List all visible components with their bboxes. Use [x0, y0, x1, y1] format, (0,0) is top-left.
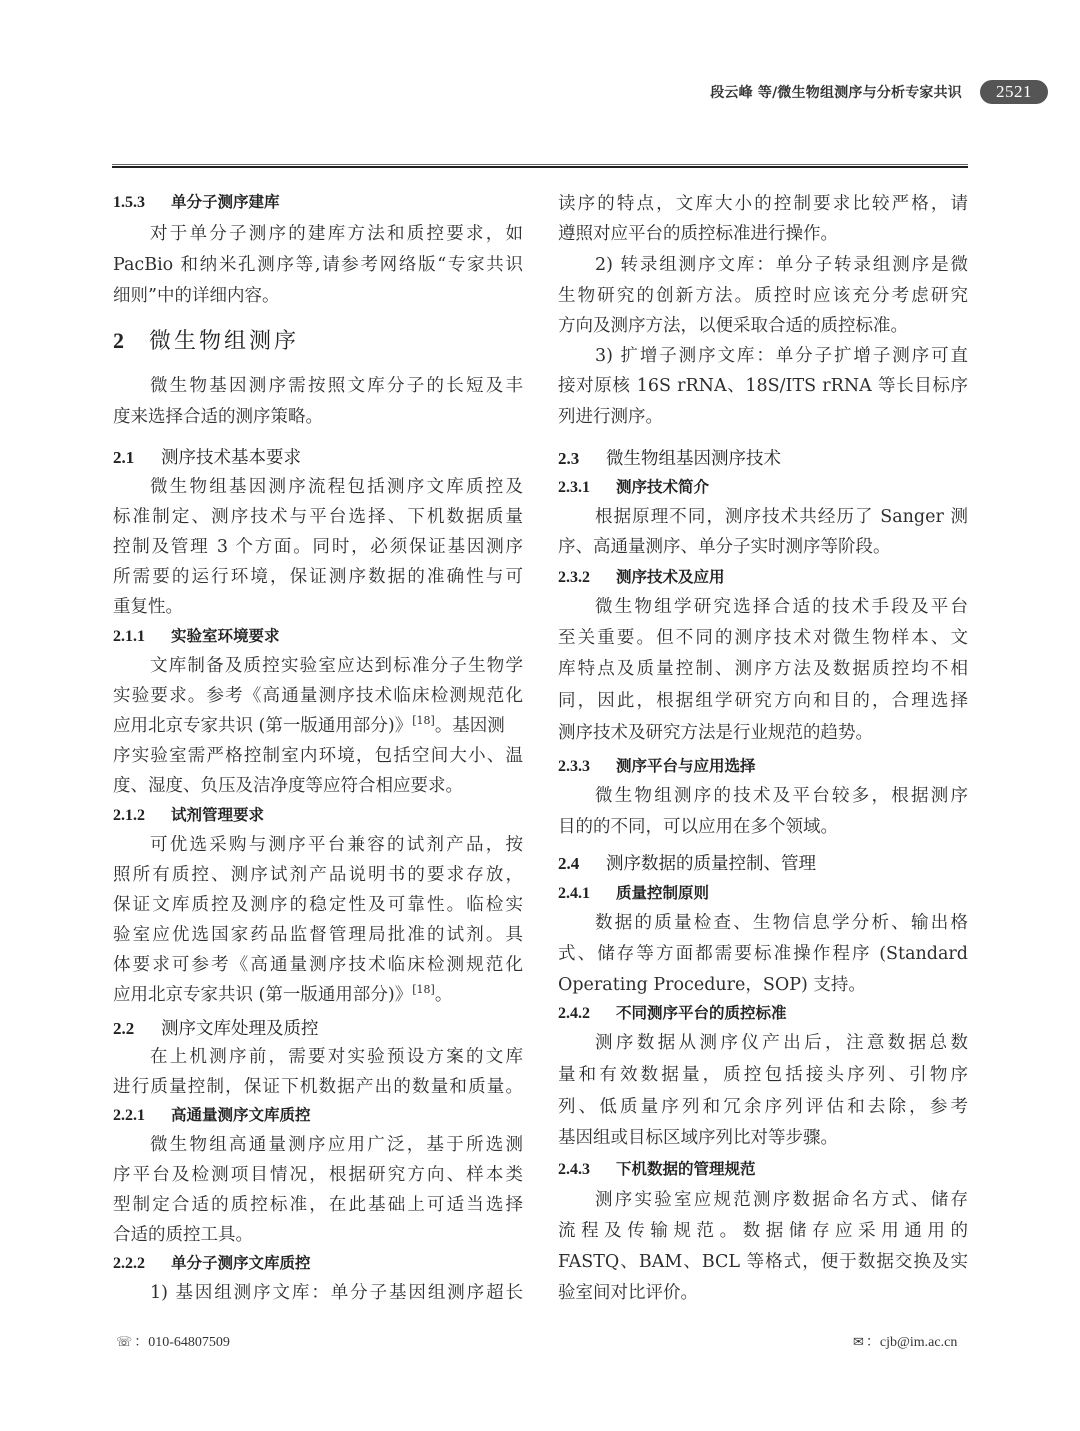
phone-number: ：010-64807509	[134, 1335, 230, 1350]
paragraph-line: 可优选采购与测序平台兼容的试剂产品，按	[150, 834, 523, 856]
paragraph-line: 体要求可参考《高通量测序技术临床检测规范化	[113, 954, 523, 976]
paragraph-line: FASTQ、BAM、BCL 等格式，便于数据交换及实	[558, 1251, 968, 1273]
paragraph-line: 目的的不同，可以应用在多个领域。	[558, 816, 838, 838]
paragraph-line: 列进行测序。	[558, 406, 663, 428]
section-heading-2-1-1: 2.1.1实验室环境要求	[113, 625, 280, 648]
paragraph-line: 列、低质量序列和冗余序列评估和去除，参考	[558, 1096, 968, 1118]
paragraph-line: 所需要的运行环境，保证测序数据的准确性与可	[113, 566, 523, 588]
paragraph-line: PacBio 和纳米孔测序等,请参考网络版“专家共识	[113, 254, 523, 276]
paragraph-line: 保证文库质控及测序的稳定性及可靠性。临检实	[113, 894, 523, 916]
envelope-icon: ✉	[853, 1334, 864, 1350]
paragraph-line: 式、储存等方面都需要标准操作程序 (Standard	[558, 943, 968, 965]
section-heading-2: 2微生物组测序	[113, 327, 299, 356]
paragraph-line: 基因组或目标区域序列比对等步骤。	[558, 1127, 838, 1149]
paragraph-line: 序平台及检测项目情况，根据研究方向、样本类	[113, 1164, 523, 1186]
running-header-title: 段云峰 等/微生物组测序与分析专家共识	[710, 82, 962, 102]
section-heading-2-3: 2.3微生物组基因测序技术	[558, 448, 781, 470]
paragraph-line: 同，因此，根据组学研究方向和目的，合理选择	[558, 690, 968, 712]
paragraph-line: 序、高通量测序、单分子实时测序等阶段。	[558, 536, 891, 558]
paragraph-line: 测序技术及研究方法是行业规范的趋势。	[558, 722, 873, 744]
paragraph-line: 接对原核 16S rRNA、18S/ITS rRNA 等长目标序	[558, 375, 968, 397]
paragraph-line: 验室应优选国家药品监督管理局批准的试剂。具	[113, 924, 523, 946]
section-heading-1-5-3: 1.5.3单分子测序建库	[113, 191, 280, 214]
paragraph-line: 文库制备及质控实验室应达到标准分子生物学	[150, 655, 523, 677]
paragraph-line: 型制定合适的质控标准，在此基础上可适当选择	[113, 1194, 523, 1216]
paragraph-line: 照所有质控、测序试剂产品说明书的要求存放，	[113, 864, 523, 886]
paragraph-line: 量和有效数据量，质控包括接头序列、引物序	[558, 1064, 968, 1086]
paragraph-line: 遵照对应平台的质控标准进行操作。	[558, 223, 838, 245]
paragraph-line: 至关重要。但不同的测序技术对微生物样本、文	[558, 627, 968, 649]
header-rule-thick	[112, 166, 968, 168]
paragraph-line: 流程及传输规范。数据储存应采用通用的	[558, 1220, 968, 1242]
paragraph-line: 合适的质控工具。	[113, 1224, 253, 1246]
section-heading-2-4-2: 2.4.2不同测序平台的质控标准	[558, 1002, 787, 1025]
paragraph-line: 微生物组测序的技术及平台较多，根据测序	[595, 785, 968, 807]
paragraph-line: 微生物组基因测序流程包括测序文库质控及	[150, 476, 523, 498]
section-heading-2-3-3: 2.3.3测序平台与应用选择	[558, 755, 756, 778]
footer-email: ✉：cjb@im.ac.cn	[853, 1331, 957, 1351]
section-heading-2-4-3: 2.4.3下机数据的管理规范	[558, 1158, 756, 1181]
section-heading-2-2: 2.2测序文库处理及质控	[113, 1018, 319, 1040]
page-number-badge: 2521	[980, 80, 1048, 104]
section-heading-2-4: 2.4测序数据的质量控制、管理	[558, 853, 816, 875]
citation-ref[interactable]: [18]	[412, 714, 435, 727]
paragraph-line: 实验要求。参考《高通量测序技术临床检测规范化	[113, 685, 523, 707]
paragraph-line: Operating Procedure，SOP) 支持。	[558, 974, 866, 996]
section-heading-2-3-1: 2.3.1测序技术简介	[558, 476, 709, 499]
section-heading-2-1-2: 2.1.2试剂管理要求	[113, 804, 264, 827]
paragraph-line: 测序数据从测序仪产出后，注意数据总数	[595, 1032, 968, 1054]
paragraph-line: 库特点及质量控制、测序方法及数据质控均不相	[558, 658, 968, 680]
section-heading-2-2-2: 2.2.2单分子测序文库质控	[113, 1252, 311, 1275]
section-heading-2-1: 2.1测序技术基本要求	[113, 447, 301, 469]
paragraph-line: 生物研究的创新方法。质控时应该充分考虑研究	[558, 285, 968, 307]
paragraph-line: 1) 基因组测序文库：单分子基因组测序超长	[150, 1282, 523, 1304]
email-address[interactable]: ：cjb@im.ac.cn	[866, 1335, 957, 1350]
citation-ref[interactable]: [18]	[412, 983, 435, 996]
section-heading-2-4-1: 2.4.1质量控制原则	[558, 882, 709, 905]
paragraph-line: 重复性。	[113, 596, 183, 618]
paragraph-line: 数据的质量检查、生物信息学分析、输出格	[595, 912, 968, 934]
paragraph-line: 应用北京专家共识 (第一版通用部分)》[18]。基因测	[113, 715, 505, 737]
paragraph-line: 序实验室需严格控制室内环境，包括空间大小、温	[113, 745, 523, 767]
phone-icon: ☏	[116, 1334, 132, 1350]
paragraph-line: 度来选择合适的测序策略。	[113, 406, 323, 428]
paragraph-line: 对于单分子测序的建库方法和质控要求，如	[150, 223, 523, 245]
paragraph-line: 在上机测序前，需要对实验预设方案的文库	[150, 1046, 523, 1068]
paragraph-line: 方向及测序方法，以便采取合适的质控标准。	[558, 315, 908, 337]
paragraph-line: 标准制定、测序技术与平台选择、下机数据质量	[113, 506, 523, 528]
paragraph-line: 控制及管理 3 个方面。同时，必须保证基因测序	[113, 536, 523, 558]
paragraph-line: 3) 扩增子测序文库：单分子扩增子测序可直	[595, 345, 968, 367]
paragraph-line: 根据原理不同，测序技术共经历了 Sanger 测	[595, 506, 968, 528]
paragraph-line: 读序的特点，文库大小的控制要求比较严格，请	[558, 193, 968, 215]
section-heading-2-3-2: 2.3.2测序技术及应用	[558, 566, 725, 589]
paragraph-line: 测序实验室应规范测序数据命名方式、储存	[595, 1189, 968, 1211]
paragraph-line: 度、湿度、负压及洁净度等应符合相应要求。	[113, 775, 463, 797]
paragraph-line: 微生物基因测序需按照文库分子的长短及丰	[150, 375, 523, 397]
paragraph-line: 细则”中的详细内容。	[113, 285, 279, 307]
section-heading-2-2-1: 2.2.1高通量测序文库质控	[113, 1104, 311, 1127]
paragraph-line: 应用北京专家共识 (第一版通用部分)》[18]。	[113, 984, 452, 1006]
paragraph-line: 微生物组学研究选择合适的技术手段及平台	[595, 596, 968, 618]
header-rule-thin	[112, 164, 968, 165]
paragraph-line: 2) 转录组测序文库：单分子转录组测序是微	[595, 254, 968, 276]
paragraph-line: 微生物组高通量测序应用广泛，基于所选测	[150, 1134, 523, 1156]
footer-phone: ☏：010-64807509	[116, 1331, 230, 1351]
paragraph-line: 进行质量控制，保证下机数据产出的数量和质量。	[113, 1076, 523, 1098]
paragraph-line: 验室间对比评价。	[558, 1282, 698, 1304]
